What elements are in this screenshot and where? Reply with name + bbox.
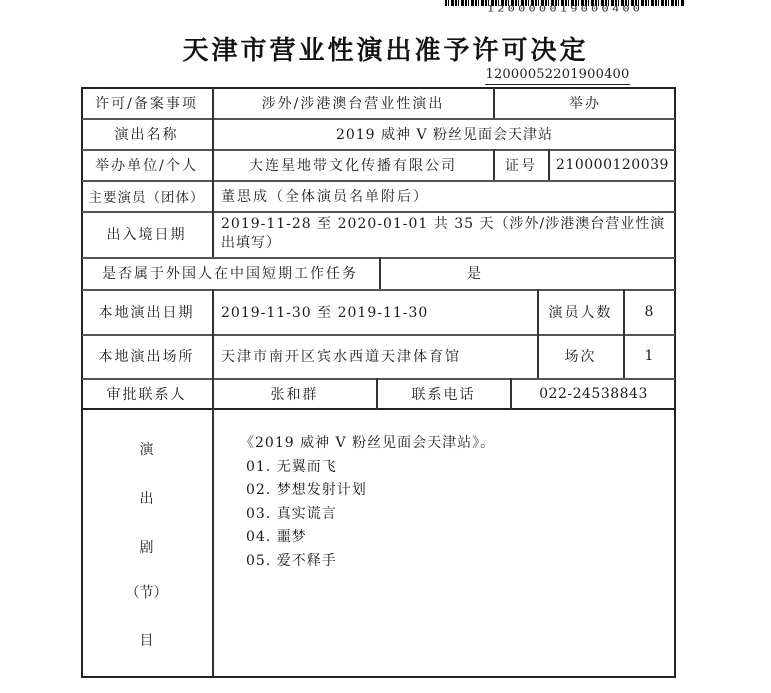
program-item: 04. 噩梦 (240, 526, 495, 550)
program-item: 01. 无翼而飞 (240, 456, 495, 480)
performer-count-label: 演员人数 (538, 289, 623, 334)
foreign-work-label: 是否属于外国人在中国短期工作任务 (81, 257, 379, 289)
local-date-label: 本地演出日期 (81, 289, 212, 334)
main-performer-label: 主要演员（团体） (81, 180, 212, 211)
phone-value: 022-24538843 (511, 378, 676, 409)
program-label-char: 演 (81, 439, 212, 459)
program-item: 02. 梦想发射计划 (240, 479, 495, 503)
program-item: 03. 真实谎言 (240, 503, 495, 527)
entry-exit-label: 出入境日期 (81, 211, 212, 257)
organizer-label: 举办单位/个人 (81, 149, 212, 180)
show-name-value: 2019 威神 V 粉丝见面会天津站 (213, 118, 676, 149)
phone-label: 联系电话 (377, 378, 510, 409)
program-label-char: 出 (81, 488, 212, 508)
session-label: 场次 (538, 334, 623, 378)
performer-count-value: 8 (624, 289, 676, 334)
venue-label: 本地演出场所 (81, 334, 212, 378)
program-label: 演 出 剧 （节） 目 (81, 409, 212, 678)
permit-type: 举办 (494, 87, 676, 118)
program-item: 05. 爱不释手 (240, 550, 495, 574)
local-date-value: 2019-11-30 至 2019-11-30 (213, 289, 537, 334)
cert-number: 210000120039 (549, 149, 676, 180)
session-value: 1 (624, 334, 676, 378)
program-list: 《2019 威神 V 粉丝见面会天津站》。 01. 无翼而飞 02. 梦想发射计… (240, 432, 495, 574)
main-performer-value: 董思成（全体演员名单附后） (213, 180, 676, 211)
page-title: 天津市营业性演出准予许可决定 (0, 30, 771, 67)
permit-item-value: 涉外/涉港澳台营业性演出 (213, 87, 493, 118)
program-label-char: 剧 (81, 537, 212, 557)
foreign-work-value: 是 (380, 257, 570, 289)
permit-item-label: 许可/备案事项 (81, 87, 212, 118)
venue-value: 天津市南开区宾水西道天津体育馆 (213, 334, 537, 378)
program-label-char: 目 (81, 630, 212, 650)
approver-label: 审批联系人 (81, 378, 212, 409)
barcode-number: 120000019000400 (440, 4, 690, 13)
program-title: 《2019 威神 V 粉丝见面会天津站》。 (240, 432, 495, 456)
organizer-value: 大连星地带文化传播有限公司 (213, 149, 493, 180)
show-name-label: 演出名称 (81, 118, 212, 149)
approver-name: 张和群 (213, 378, 376, 409)
cert-label: 证号 (494, 149, 548, 180)
program-label-char: （节） (81, 582, 212, 602)
entry-exit-value: 2019-11-28 至 2020-01-01 共 35 天（涉外/涉港澳台营业… (213, 211, 676, 257)
document-number: 12000052201900400 (485, 66, 630, 85)
